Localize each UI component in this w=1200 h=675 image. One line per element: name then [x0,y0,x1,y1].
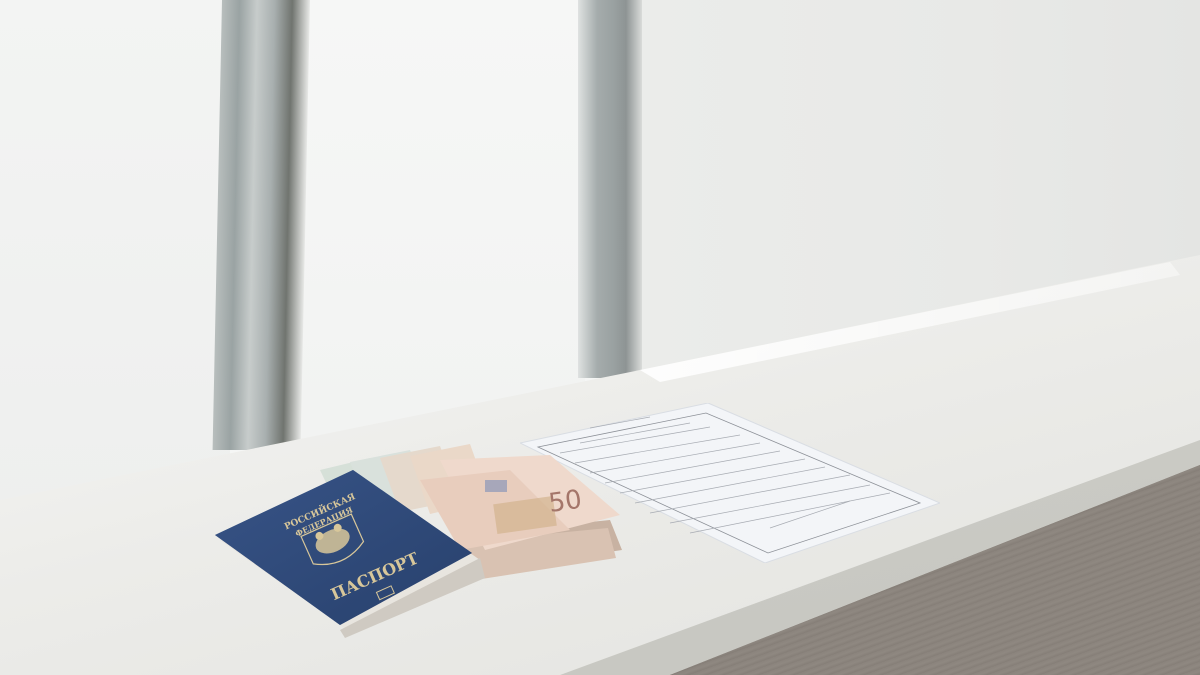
banknote-denomination: 50 [547,485,584,519]
window-frame-right [578,0,642,378]
photo-scene: 50 РОССИЙСКАЯ ФЕДЕРАЦИЯ [0,0,1200,675]
window-frame-left [213,0,310,450]
frosted-window-pane-left [0,0,230,520]
passport: РОССИЙСКАЯ ФЕДЕРАЦИЯ ПАСПОРТ [210,460,490,640]
